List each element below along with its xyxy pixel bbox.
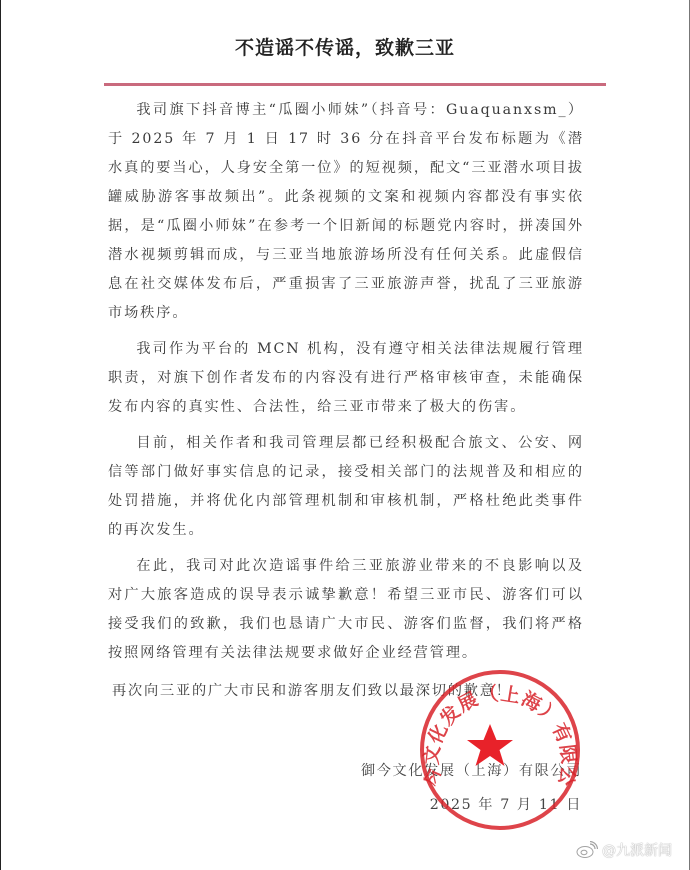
watermark-text: @九派新闻 (602, 840, 672, 860)
closing-statement: 再次向三亚的广大市民和游客朋友们致以最深切的歉意！ (112, 680, 512, 700)
source-watermark: @九派新闻 (576, 840, 672, 860)
title-divider (104, 83, 606, 86)
document-body: 我司旗下抖音博主“瓜圈小师妹”（抖音号：Guaquanxsm_）于 2025 年… (108, 96, 584, 675)
signature-date: 2025 年 7 月 11 日 (430, 794, 582, 814)
signature-company: 御今文化发展（上海）有限公司 (361, 760, 582, 780)
paragraph-apology: 在此，我司对此次造谣事件给三亚旅游业带来的不良影响以及对广大旅客造成的误导表示诚… (108, 552, 584, 668)
paragraph-measures: 目前，相关作者和我司管理层都已经积极配合旅文、公安、网信等部门做好事实信息的记录… (108, 429, 584, 545)
document-title: 不造谣不传谣，致歉三亚 (0, 33, 690, 60)
weibo-icon (576, 841, 598, 859)
paragraph-responsibility: 我司作为平台的 MCN 机构，没有遵守相关法律法规履行管理职责，对旗下创作者发布… (108, 335, 584, 422)
paragraph-incident: 我司旗下抖音博主“瓜圈小师妹”（抖音号：Guaquanxsm_）于 2025 年… (108, 96, 584, 328)
page-border-left (0, 0, 1, 870)
